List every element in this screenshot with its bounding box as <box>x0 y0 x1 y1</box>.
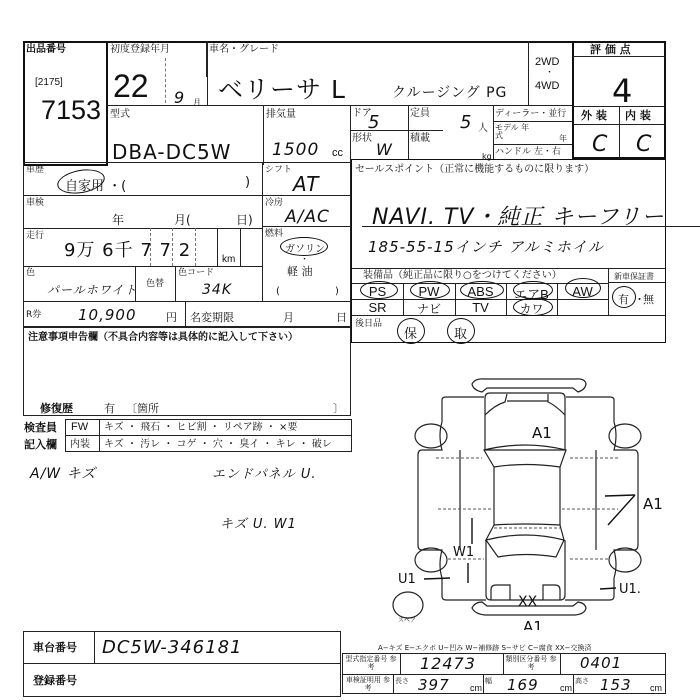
capacity-label: 定員 <box>410 108 430 119</box>
spec-divider-4 <box>493 105 494 159</box>
repair-close: 〕 <box>333 400 344 416</box>
warranty-yes-circle <box>612 286 636 308</box>
exterior-label: 外 装 <box>581 110 607 121</box>
first-reg-year: 22 <box>113 68 149 105</box>
sales-line-2: 185-55-15インチ アルミホイル <box>368 236 604 257</box>
mark-left-rear: W1 <box>453 545 474 560</box>
height-label: 高さ <box>575 676 589 687</box>
equip-navi[interactable]: ナビ <box>403 300 455 317</box>
drive-dot: ・ <box>545 68 554 79</box>
notes-label: 注意事項申告欄（不具合内容等は具体的に記入して下さい） <box>28 332 298 343</box>
spare-label: スペア <box>398 617 416 624</box>
repair-label: 修復歴 <box>40 400 73 416</box>
fuel-paren-open: ( <box>276 286 280 297</box>
history-label: 車歴 <box>26 165 44 176</box>
drive-4wd: 4WD <box>535 81 559 92</box>
fuel-paren-close: ) <box>335 286 339 297</box>
width-unit: cm <box>560 683 572 694</box>
type-sep-3 <box>560 653 561 674</box>
history-close: ) <box>245 175 250 190</box>
first-reg-label: 初度登録年月 <box>110 44 170 55</box>
length-label: 長さ <box>395 676 409 687</box>
recycle-sep <box>185 301 186 327</box>
class-value: 0401 <box>580 654 622 672</box>
shape-label: 形状 <box>352 133 372 144</box>
recycle-row <box>23 301 351 327</box>
equip-aw-circle <box>565 278 601 298</box>
equip-leather-circle <box>513 298 553 316</box>
type-mid-line <box>342 674 666 675</box>
equip-pw-circle <box>410 281 450 299</box>
mark-left-quarter: U1 <box>398 572 416 587</box>
car-name-label: 車名・グレード <box>209 44 279 55</box>
info-line-3 <box>23 266 263 267</box>
color-code-value: 34K <box>202 282 232 298</box>
equip-warranty-sep <box>608 268 609 316</box>
spec-mid-line <box>350 130 443 131</box>
spec-divider-3 <box>408 105 409 159</box>
shift-label: シフト <box>265 165 292 176</box>
height-unit: cm <box>650 683 662 694</box>
month-unit: 月 <box>193 97 201 108</box>
interior-value: C <box>636 132 652 157</box>
color-value: パールホワイト <box>47 281 137 298</box>
inspection-day: 日) <box>236 211 253 228</box>
car-damage-diagram: A1 A1 W1 U1 U1. XX A1 スペア <box>360 360 700 630</box>
score-sub-line <box>573 124 665 125</box>
chassis-mid-line <box>23 663 341 664</box>
class-label: 類別区分番号 参 考 <box>505 655 557 671</box>
lot-label: 出品番号 <box>26 44 66 55</box>
mark-rear-panel: XX <box>518 594 538 610</box>
height-value: 153 <box>600 676 632 694</box>
inspection-month: 月( <box>174 211 191 228</box>
exterior-value: C <box>592 132 608 157</box>
dealer-label: ディーラー・並行 <box>495 109 566 120</box>
name-change-day: 日 <box>336 309 347 325</box>
score-label: 評 価 点 <box>590 44 631 55</box>
reg-label: 登録番号 <box>33 675 77 686</box>
comment-3: キズ U. W1 <box>220 513 297 532</box>
ac-value: A/AC <box>285 207 330 227</box>
car-grade: クルージング PG <box>392 82 507 102</box>
chassis-label: 車台番号 <box>33 642 77 653</box>
recycle-label: R券 <box>26 310 41 321</box>
info-divider <box>262 162 263 302</box>
inspector-label-top: 検査員 <box>24 422 57 433</box>
mileage-sep-5 <box>240 228 241 266</box>
model-value: DBA-DC5W <box>112 140 231 164</box>
sales-underline <box>362 226 700 227</box>
dealer-line <box>493 121 572 122</box>
score-value: 4 <box>612 72 633 110</box>
mark-right-door: A1 <box>643 495 663 513</box>
later-item-2: 取 <box>454 323 467 342</box>
mileage-sep-2 <box>172 228 173 266</box>
model-year-line <box>493 144 572 145</box>
inspector-label-bottom: 記入欄 <box>24 439 57 450</box>
lot-number: 7153 <box>41 95 101 126</box>
later-label: 後日品 <box>355 319 382 330</box>
recycle-unit: 円 <box>166 309 177 325</box>
fw-items: キズ ・ 飛石 ・ ヒビ割 ・ リペア跡 ・ ×要 <box>104 422 297 433</box>
score-split <box>619 106 620 158</box>
mileage-sep-3 <box>195 228 196 266</box>
mileage-label: 走行 <box>26 231 44 242</box>
color-code-sep <box>175 266 176 301</box>
inspection-year: 年 <box>112 211 124 228</box>
ac-label: 冷房 <box>265 198 283 209</box>
recycle-value: 10,900 <box>78 306 137 324</box>
comment-1: A/W キズ <box>30 463 96 483</box>
load-label: 積載 <box>410 133 430 144</box>
displacement-value: 1500 <box>272 140 319 160</box>
mileage-sep-4 <box>217 228 218 266</box>
header-top-line <box>23 41 650 43</box>
inspector-row-line <box>65 435 352 436</box>
type-label: 型式指定番号 参 考 <box>345 655 397 671</box>
equip-tv[interactable]: TV <box>455 300 506 315</box>
mark-right-quarter: U1. <box>619 582 641 597</box>
cert-sep-2 <box>483 674 484 694</box>
model-year-unit: 年 <box>559 133 567 144</box>
type-sep-1 <box>400 653 401 674</box>
chassis-sep <box>94 631 95 664</box>
repair-yes: 有 <box>104 400 115 416</box>
equip-label: 装備品（純正品に限り○をつけてください） <box>363 270 562 281</box>
later-item-1: 保 <box>404 323 417 342</box>
model-label: 型式 <box>110 109 130 120</box>
spec-top-line <box>107 105 572 106</box>
interior-items-label: 内装 <box>70 439 90 450</box>
equip-top-line <box>352 268 665 269</box>
color-code-label: 色コード <box>178 268 214 279</box>
shape-value: W <box>376 140 393 159</box>
color-label: 色 <box>26 268 35 279</box>
sales-label: セールスポイント（正常に機能するものに限ります） <box>355 164 594 175</box>
mark-rear-bumper: A1 <box>523 618 543 630</box>
type-value: 12473 <box>420 654 476 673</box>
capacity-value: 5 <box>460 112 472 133</box>
equip-airbag-circle <box>513 281 553 299</box>
color-change-label: 色替 <box>146 279 164 290</box>
displacement-label: 排気量 <box>266 109 296 120</box>
inspection-label: 車検 <box>26 198 44 209</box>
warranty-label: 新車保証書 <box>614 271 654 282</box>
capacity-unit: 人 <box>478 123 488 134</box>
fuel-label: 燃料 <box>265 229 283 240</box>
comment-2: エンドパネル U. <box>212 463 317 482</box>
interior-items: キズ ・ 汚レ ・ コゲ ・ 穴 ・ 臭イ ・ キレ ・ 破レ <box>104 439 332 450</box>
info-line-2 <box>23 228 263 229</box>
model-year-label: モデル 年式 <box>495 124 535 140</box>
shift-value: AT <box>293 172 319 196</box>
repair-location: 〔箇所 <box>126 400 159 416</box>
color-sep <box>135 266 136 301</box>
first-reg-divider <box>165 58 166 103</box>
cert-label: 車検証明用 参 考 <box>345 676 391 692</box>
displacement-unit: cc <box>332 148 343 159</box>
equip-sr[interactable]: SR <box>352 300 403 315</box>
chassis-value: DC5W-346181 <box>102 637 243 658</box>
lot-code: [2175] <box>35 77 63 88</box>
mark-hood: A1 <box>532 424 552 442</box>
mileage-unit: km <box>222 254 235 265</box>
spec-divider-1 <box>263 105 264 165</box>
warranty-line <box>608 282 665 283</box>
interior-label: 内 装 <box>625 110 651 121</box>
handle-label: ハンドル 左・右 <box>495 147 561 158</box>
equip-ps-circle <box>360 281 398 299</box>
drive-2wd: 2WD <box>535 57 559 68</box>
fuel-diesel: 軽 油 <box>287 263 313 279</box>
name-change-label: 名変期限 <box>190 309 234 325</box>
length-value: 397 <box>418 676 450 694</box>
info-line-1 <box>23 195 263 196</box>
mileage-sep-1 <box>150 228 151 266</box>
header-divider-1 <box>207 41 208 105</box>
score-label-line <box>573 56 665 57</box>
shift-line <box>262 195 351 196</box>
cert-sep-3 <box>573 674 574 694</box>
name-change-month: 月 <box>283 309 294 325</box>
equip-abs-circle <box>460 281 504 299</box>
ac-line <box>262 226 351 227</box>
spec-divider-2 <box>350 105 351 165</box>
car-name: ベリーサ L <box>218 70 346 106</box>
width-value: 169 <box>507 676 539 694</box>
warranty-no[interactable]: 無 <box>643 291 654 307</box>
length-unit: cm <box>470 683 482 694</box>
fw-label: FW <box>71 422 88 433</box>
width-label: 幅 <box>485 676 492 687</box>
drive-divider <box>528 41 529 105</box>
type-sep-2 <box>503 653 504 674</box>
cert-sep-1 <box>393 674 394 694</box>
